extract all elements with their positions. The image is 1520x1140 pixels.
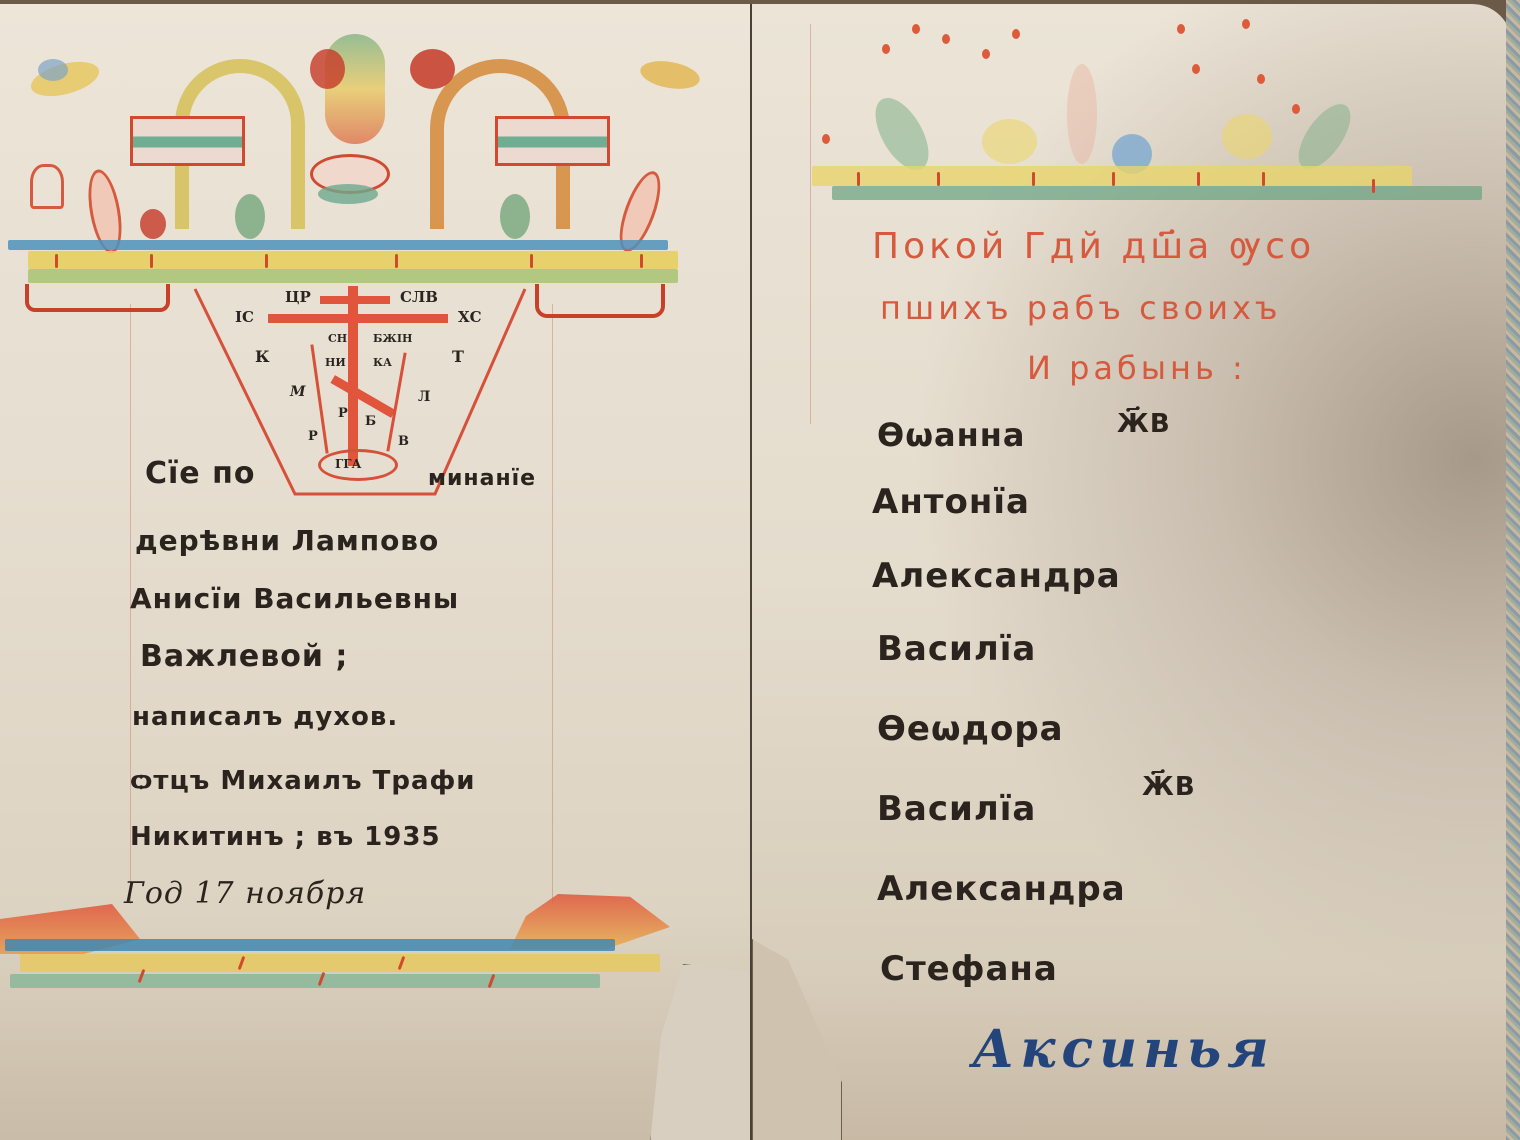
- band-tick: [1262, 172, 1265, 186]
- label-tsr: ЦР: [285, 288, 311, 306]
- band-tick: [1032, 172, 1035, 186]
- red-dot: [1242, 19, 1250, 29]
- heading-line-2: пшихъ рабъ своихъ: [880, 289, 1282, 327]
- name-mark: Ж҃В: [1142, 772, 1196, 802]
- blue-band: [8, 240, 668, 250]
- name-item: Стефана: [880, 949, 1058, 989]
- name-item: Ѳѡанна: [877, 416, 1025, 454]
- red-dot: [912, 24, 920, 34]
- bracket-right: [535, 284, 665, 318]
- label-sn: СН: [328, 332, 347, 345]
- label-v: В: [398, 434, 409, 449]
- yellow-band: [20, 954, 660, 972]
- cross-top-bar: [320, 296, 390, 304]
- name-item: Василїа: [877, 789, 1036, 829]
- label-is: ІС: [235, 308, 254, 326]
- urn-right: [495, 116, 610, 166]
- heading-line-1: Покой Гдй дш҃а ѹсо: [872, 226, 1315, 267]
- green-band: [832, 186, 1482, 200]
- label-l: Л: [418, 389, 430, 405]
- fabric-edge: [1506, 0, 1520, 1140]
- name-item: Антонїа: [872, 482, 1030, 522]
- red-dot: [1177, 24, 1185, 34]
- ruled-line: [552, 304, 553, 904]
- leaf-green: [500, 194, 530, 239]
- flower-meadow-ornament: [812, 4, 1472, 219]
- label-k: К: [255, 347, 270, 366]
- name-item: Ѳеѡдора: [877, 709, 1064, 749]
- text-line-2: дерѣвни Лампово: [135, 524, 439, 557]
- band-tick: [395, 254, 398, 268]
- red-dot: [982, 49, 990, 59]
- headpiece-ornament: [0, 4, 752, 314]
- red-dot: [1292, 104, 1300, 114]
- bird-wing-icon: [38, 59, 68, 81]
- torn-corner: [752, 939, 842, 1140]
- red-dot: [1192, 64, 1200, 74]
- red-dot: [1012, 29, 1020, 39]
- bracket-left: [25, 284, 170, 312]
- text-line-4: Важлевой ;: [140, 639, 348, 674]
- red-flower: [310, 49, 345, 89]
- cross-main-bar: [268, 314, 448, 323]
- right-page: Покой Гдй дш҃а ѹсо пшихъ рабъ своихъ И р…: [752, 4, 1512, 1140]
- leaf-green: [235, 194, 265, 239]
- band-tick: [857, 172, 860, 186]
- red-flower: [140, 209, 166, 239]
- urn-left: [130, 116, 245, 166]
- band-tick: [265, 254, 268, 268]
- label-r: Р: [338, 406, 348, 421]
- left-page: ЦР СЛВ ІС ХС СН БЖІН НИ КА К Т М Л Р Б Р…: [0, 4, 752, 1140]
- name-item: Василїа: [877, 629, 1036, 669]
- band-tick: [1197, 172, 1200, 186]
- ruled-line: [810, 24, 811, 424]
- text-line-1-left: Сїе по: [145, 456, 255, 491]
- band-tick: [640, 254, 643, 268]
- red-dot: [1257, 74, 1265, 84]
- blue-band: [5, 939, 615, 951]
- name-item: Александра: [872, 556, 1121, 596]
- name-item: Александра: [877, 869, 1126, 909]
- yellow-flower: [1222, 114, 1272, 159]
- heading-line-3: И рабынь :: [1027, 349, 1247, 387]
- text-line-1-right: минанїе: [428, 466, 536, 491]
- label-bzhin: БЖІН: [373, 332, 412, 345]
- cross-vertical: [348, 286, 358, 466]
- yellow-flower: [982, 119, 1037, 164]
- text-line-3: Анисїи Васильевны: [130, 582, 459, 615]
- band-tick: [1372, 179, 1375, 193]
- label-r2: Р: [308, 429, 318, 444]
- red-dot: [822, 134, 830, 144]
- green-band: [10, 974, 600, 988]
- tailpiece-ornament: [0, 894, 752, 1014]
- bird-right-icon: [638, 57, 702, 93]
- center-vase-green: [318, 184, 378, 204]
- text-line-5: написалъ духов.: [132, 702, 398, 732]
- label-m: М: [290, 384, 306, 400]
- red-flower: [410, 49, 455, 89]
- band-tick: [55, 254, 58, 268]
- label-ka: КА: [373, 356, 392, 369]
- tulip: [30, 164, 64, 209]
- band-tick: [937, 172, 940, 186]
- red-dot: [942, 34, 950, 44]
- label-t: Т: [452, 347, 464, 366]
- red-dot: [882, 44, 890, 54]
- pink-stalk: [1067, 64, 1097, 164]
- label-gga: ГГА: [335, 457, 361, 471]
- label-b: Б: [365, 414, 376, 429]
- yellow-band: [28, 251, 678, 269]
- blue-ink-name: Аксинья: [972, 1019, 1275, 1080]
- open-book: ЦР СЛВ ІС ХС СН БЖІН НИ КА К Т М Л Р Б Р…: [0, 0, 1520, 1140]
- label-hs: ХС: [458, 308, 482, 326]
- band-tick: [150, 254, 153, 268]
- label-ni: НИ: [325, 356, 346, 369]
- text-line-7: Никитинъ ; въ 1935: [130, 822, 441, 852]
- name-mark: Ж҃В: [1117, 409, 1171, 439]
- band-tick: [1112, 172, 1115, 186]
- label-slv: СЛВ: [400, 288, 438, 306]
- text-line-6: ѻтцъ Михаилъ Трафи: [130, 766, 476, 796]
- band-tick: [530, 254, 533, 268]
